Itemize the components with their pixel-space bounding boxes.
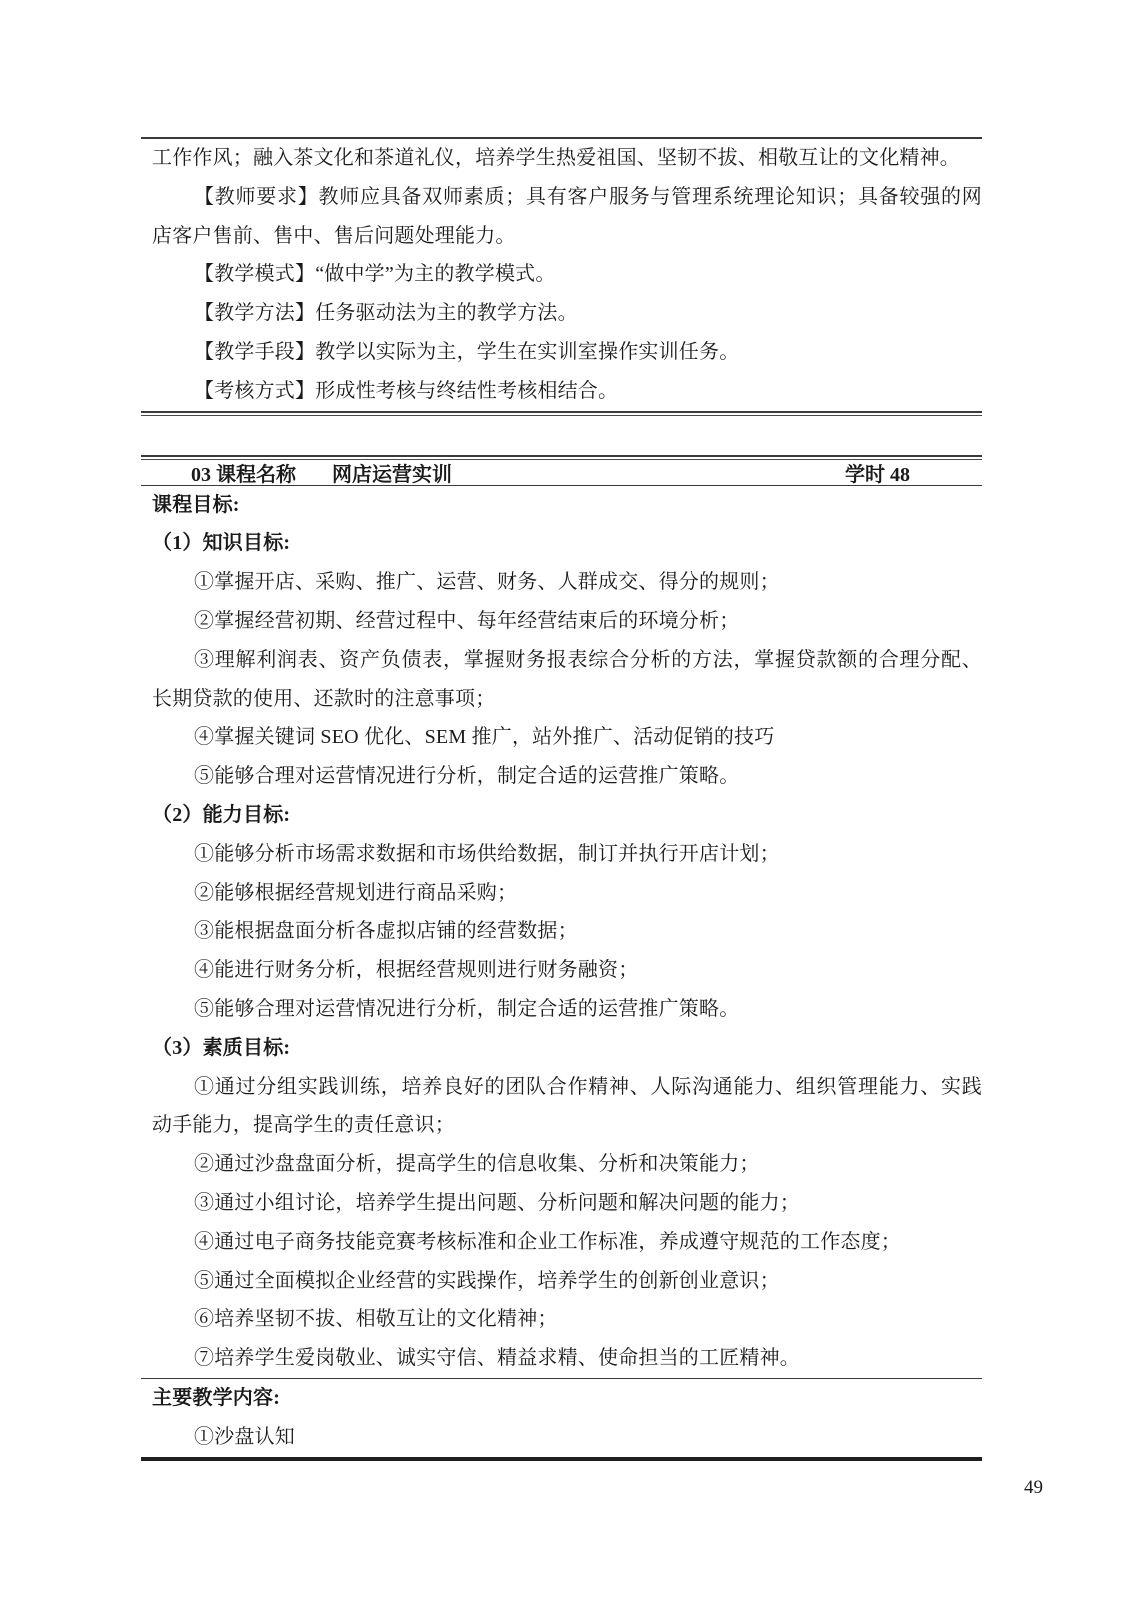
quality-item-continuation: 动手能力，提高学生的责任意识； bbox=[152, 1106, 982, 1145]
teaching-method-line: 【教学方法】任务驱动法为主的教学方法。 bbox=[152, 294, 982, 333]
knowledge-item-continuation: 长期贷款的使用、还款时的注意事项； bbox=[152, 680, 982, 719]
course-number-label: 03 课程名称 bbox=[191, 458, 296, 487]
ability-item: ⑤能够合理对运营情况进行分析，制定合适的运营推广策略。 bbox=[152, 990, 982, 1029]
teaching-mode-line: 【教学模式】“做中学”为主的教学模式。 bbox=[152, 255, 982, 294]
table-03-bottom-thick-rule bbox=[141, 1457, 982, 1461]
quality-item: ②通过沙盘盘面分析，提高学生的信息收集、分析和决策能力； bbox=[152, 1145, 982, 1184]
teaching-means-line: 【教学手段】教学以实际为主，学生在实训室操作实训任务。 bbox=[152, 333, 982, 372]
knowledge-item: ①掌握开店、采购、推广、运营、财务、人群成交、得分的规则； bbox=[152, 563, 982, 602]
quality-item: ⑤通过全面模拟企业经营的实践操作，培养学生的创新创业意识； bbox=[152, 1262, 982, 1301]
table-gap bbox=[141, 416, 982, 455]
quality-item: ①通过分组实践训练，培养良好的团队合作精神、人际沟通能力、组织管理能力、实践 bbox=[152, 1068, 982, 1107]
ability-item: ①能够分析市场需求数据和市场供给数据，制订并执行开店计划； bbox=[152, 835, 982, 874]
teaching-content-heading: 主要教学内容: bbox=[152, 1379, 982, 1418]
course-title-group: 03 课程名称 网店运营实训 bbox=[191, 458, 452, 487]
quality-item: ④通过电子商务技能竞赛考核标准和企业工作标准，养成遵守规范的工作态度； bbox=[152, 1223, 982, 1262]
knowledge-item: ④掌握关键词 SEO 优化、SEM 推广，站外推广、活动促销的技巧 bbox=[152, 718, 982, 757]
top-margin bbox=[141, 0, 982, 137]
ability-item: ③能根据盘面分析各虚拟店铺的经营数据； bbox=[152, 912, 982, 951]
knowledge-item: ③理解利润表、资产负债表，掌握财务报表综合分析的方法，掌握贷款额的合理分配、 bbox=[152, 641, 982, 680]
quality-item: ⑦培养学生爱岗敬业、诚实守信、精益求精、使命担当的工匠精神。 bbox=[152, 1339, 982, 1378]
course-02-continuation: 工作作风；融入茶文化和茶道礼仪，培养学生热爱祖国、坚韧不拔、相敬互让的文化精神。… bbox=[141, 139, 982, 411]
course-03-objectives: 课程目标: （1）知识目标: ①掌握开店、采购、推广、运营、财务、人群成交、得分… bbox=[141, 486, 982, 1378]
teacher-requirements-line-1: 【教师要求】教师应具备双师素质；具有客户服务与管理系统理论知识；具备较强的网 bbox=[152, 178, 982, 217]
content-item: ①沙盘认知 bbox=[152, 1418, 982, 1457]
course-goal-heading: 课程目标: bbox=[152, 486, 982, 525]
ability-item: ④能进行财务分析，根据经营规则进行财务融资； bbox=[152, 951, 982, 990]
assessment-line: 【考核方式】形成性考核与终结性考核相结合。 bbox=[152, 372, 982, 411]
quality-item: ③通过小组讨论，培养学生提出问题、分析问题和解决问题的能力； bbox=[152, 1184, 982, 1223]
teaching-content-section: 主要教学内容: ①沙盘认知 bbox=[141, 1379, 982, 1457]
document-content: 工作作风；融入茶文化和茶道礼仪，培养学生热爱祖国、坚韧不拔、相敬互让的文化精神。… bbox=[141, 0, 982, 1461]
knowledge-item: ⑤能够合理对运营情况进行分析，制定合适的运营推广策略。 bbox=[152, 757, 982, 796]
course-hours-label: 学时 48 bbox=[845, 458, 910, 487]
quality-item: ⑥培养坚韧不拔、相敬互让的文化精神； bbox=[152, 1300, 982, 1339]
knowledge-item: ②掌握经营初期、经营过程中、每年经营结束后的环境分析； bbox=[152, 602, 982, 641]
work-style-line: 工作作风；融入茶文化和茶道礼仪，培养学生热爱祖国、坚韧不拔、相敬互让的文化精神。 bbox=[152, 139, 982, 178]
page-number: 49 bbox=[1024, 1477, 1043, 1499]
document-page: 工作作风；融入茶文化和茶道礼仪，培养学生热爱祖国、坚韧不拔、相敬互让的文化精神。… bbox=[0, 0, 1131, 1600]
knowledge-goal-heading: （1）知识目标: bbox=[152, 524, 982, 563]
course-03-header-row: 03 课程名称 网店运营实训 学时 48 bbox=[141, 460, 982, 485]
teacher-requirements-line-2: 店客户售前、售中、售后问题处理能力。 bbox=[152, 217, 982, 256]
course-name: 网店运营实训 bbox=[332, 458, 452, 487]
ability-goal-heading: （2）能力目标: bbox=[152, 796, 982, 835]
quality-goal-heading: （3）素质目标: bbox=[152, 1029, 982, 1068]
ability-item: ②能够根据经营规划进行商品采购； bbox=[152, 874, 982, 913]
